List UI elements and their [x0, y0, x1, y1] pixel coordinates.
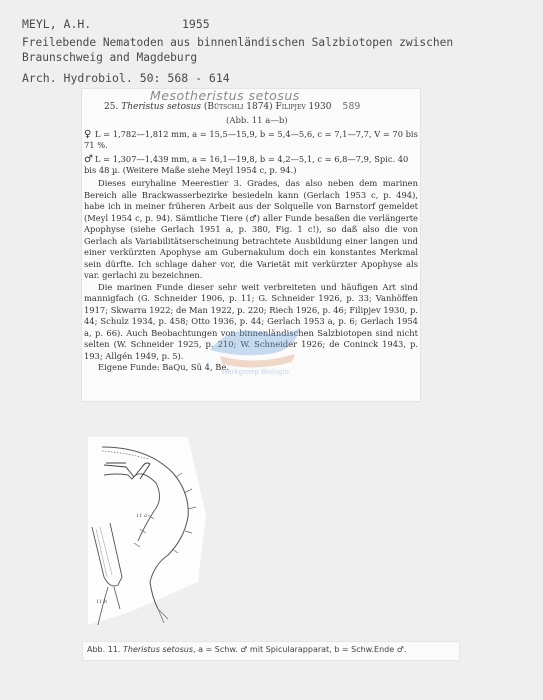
figure-label-b: 11 b — [96, 599, 107, 605]
journal-citation: Arch. Hydrobiol. 50: 568 - 614 — [22, 71, 230, 85]
publication-year: 1955 — [182, 17, 210, 31]
publication-title: Freilebende Nematoden aus binnenländisch… — [22, 35, 532, 65]
caption-prefix: Abb. 11. — [87, 645, 120, 654]
handwritten-page-number: 589 — [342, 101, 360, 112]
author: MEYL, A.H. — [22, 17, 91, 31]
svg-text:Werkgroep Biologie: Werkgroep Biologie — [221, 368, 289, 376]
caption-text: , a = Schw. ♂ mit Spicularapparat, b = S… — [193, 645, 406, 654]
figure-caption: Abb. 11. Theristus setosus, a = Schw. ♂ … — [87, 645, 406, 654]
species-heading: 25. Theristus setosus (Bütschli 1874) Fi… — [104, 101, 360, 112]
male-measurements: ♂L = 1,307—1,439 mm, a = 16,1—19,8, b = … — [84, 154, 418, 176]
paragraph: Dieses euryhaline Meerestier 3. Grades, … — [84, 178, 418, 282]
male-symbol-icon: ♂ — [84, 154, 95, 165]
caption-species: Theristus setosus — [123, 645, 193, 654]
female-measurements: ♀L = 1,782—1,812 mm, a = 15,5—15,9, b = … — [84, 129, 418, 151]
species-authority: (Bütschli 1874) — [204, 102, 273, 112]
figure-label-a: 11 a — [136, 513, 147, 519]
figure-reference: (Abb. 11 a—b) — [226, 116, 288, 126]
nematode-tail-illustration: 11 a 11 b — [88, 437, 206, 625]
species-authority-2: Filipjev 1930 — [276, 102, 332, 112]
species-number: 25. — [104, 102, 118, 112]
watermark-logo-icon: Werkgroep Biologie — [200, 320, 310, 378]
female-symbol-icon: ♀ — [84, 129, 95, 140]
species-name: Theristus setosus — [121, 102, 201, 112]
